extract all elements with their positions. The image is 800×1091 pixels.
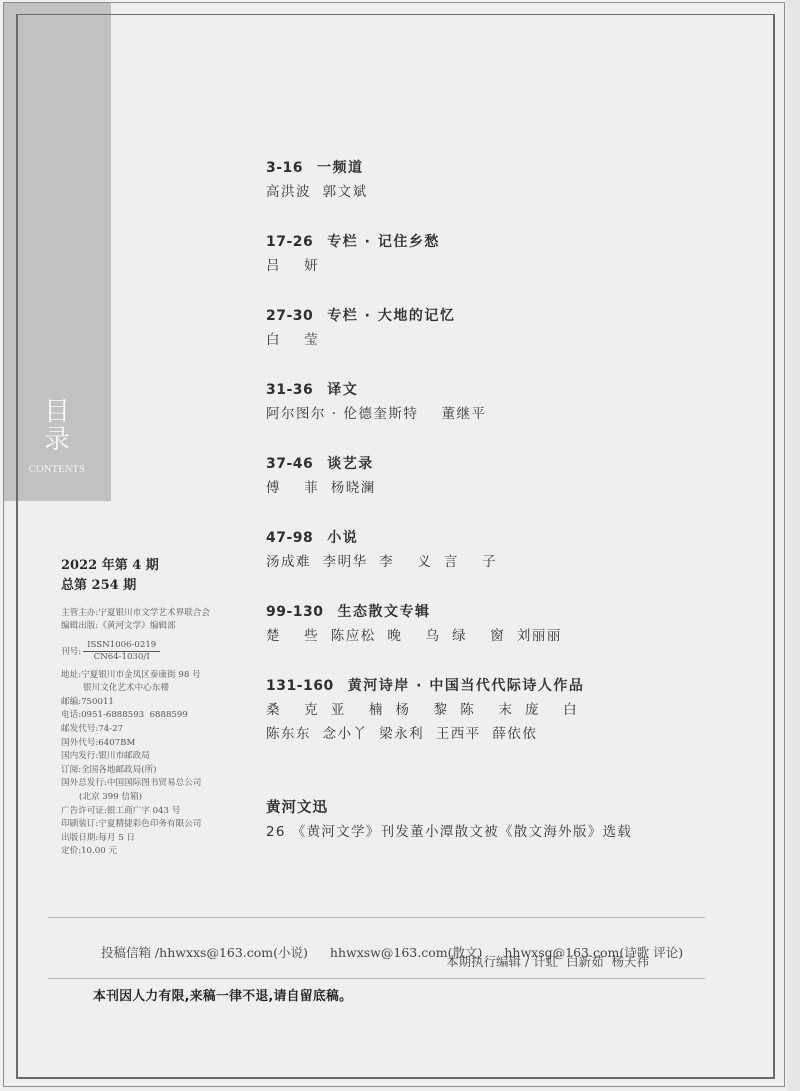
foreign-distribution: 国外总发行:中国国际图书贸易总公司 <box>61 777 231 791</box>
toc-pages: 131-160 <box>266 674 334 698</box>
postal-distribution-code: 邮发代号:74-27 <box>61 723 231 737</box>
toc-entry[interactable]: 31-36译文 阿尔图尔 · 伦德奎斯特 董继平 <box>266 378 716 452</box>
toc-pages: 17-26 <box>266 230 313 254</box>
toc-pages: 47-98 <box>266 526 313 550</box>
contents-title: 目 录 <box>3 398 111 454</box>
ad-license: 广告许可证:银工商广字 043 号 <box>61 805 231 819</box>
divider <box>48 978 705 979</box>
issue-number: 2022 年第 4 期 <box>61 556 231 576</box>
news-section: 黄河文迅 26《黄河文学》刊发董小潭散文被《散文海外版》选载 <box>266 796 716 844</box>
toc-authors: 白 莹 <box>266 328 716 352</box>
toc-authors: 高洪波 郭文斌 <box>266 180 716 204</box>
publication-info: 2022 年第 4 期 总第 254 期 主管主办:宁夏银川市文学艺术界联合会 … <box>61 556 231 859</box>
address-line-2: 银川文化艺术中心东楼 <box>61 682 231 696</box>
toc-entry[interactable]: 131-160黄河诗岸 · 中国当代代际诗人作品 桑 克 亚 楠 杨 黎 陈 末… <box>266 674 716 748</box>
toc-pages: 27-30 <box>266 304 313 328</box>
toc-pages: 37-46 <box>266 452 313 476</box>
postcode: 邮编:750011 <box>61 696 231 710</box>
toc-section: 谈艺录 <box>327 456 374 472</box>
publication-date: 出版日期:每月 5 日 <box>61 832 231 846</box>
contents-title-char-2: 录 <box>3 426 111 454</box>
issn-number: ISSN1006-0219 <box>83 640 160 652</box>
address: 地址:宁夏银川市金凤区泰康街 98 号 <box>61 669 231 683</box>
toc-entry[interactable]: 99-130生态散文专辑 楚 些 陈应松 晚 乌 绿 窗 刘丽丽 <box>266 600 716 674</box>
toc-authors: 桑 克 亚 楠 杨 黎 陈 末 庞 白 <box>266 698 716 722</box>
page-edge <box>787 0 800 1091</box>
toc-authors: 汤成难 李明华 李 义 言 子 <box>266 550 716 574</box>
foreign-code: 国外代号:6407BM <box>61 737 231 751</box>
news-page: 26 <box>266 824 286 840</box>
news-item[interactable]: 26《黄河文学》刊发董小潭散文被《散文海外版》选载 <box>266 820 716 844</box>
phone: 电话:0951-6888593 6888599 <box>61 709 231 723</box>
issn-block: 刊号: ISSN1006-0219 CN64-1030/I <box>61 640 231 663</box>
toc-section: 专栏 · 记住乡愁 <box>327 234 440 250</box>
contents-subtitle: CONTENTS <box>3 464 111 475</box>
domestic-distribution: 国内发行:银川市邮政局 <box>61 750 231 764</box>
news-text: 《黄河文学》刊发董小潭散文被《散文海外版》选载 <box>292 824 632 840</box>
divider <box>48 917 705 918</box>
toc-section: 译文 <box>327 382 358 398</box>
submission-notice: 本刊因人力有限,来稿一律不退,请自留底稿。 <box>93 985 352 1004</box>
toc-authors: 傅 菲 杨晓澜 <box>266 476 716 500</box>
sponsor: 主管主办:宁夏银川市文学艺术界联合会 <box>61 606 231 620</box>
news-title: 黄河文迅 <box>266 796 716 820</box>
toc-authors: 吕 妍 <box>266 254 716 278</box>
issue-editors: 本期执行编辑 / 计虹 白新茹 杨天祎 <box>446 952 649 970</box>
toc-entry[interactable]: 37-46谈艺录 傅 菲 杨晓澜 <box>266 452 716 526</box>
issn-label: 刊号: <box>61 645 81 657</box>
table-of-contents: 3-16一频道 高洪波 郭文斌 17-26专栏 · 记住乡愁 吕 妍 27-30… <box>266 156 716 748</box>
foreign-distribution-line-2: (北京 399 信箱) <box>61 791 231 805</box>
toc-pages: 3-16 <box>266 156 303 180</box>
toc-authors-line-2: 陈东东 念小丫 梁永利 王西平 薛依依 <box>266 722 716 746</box>
toc-pages: 99-130 <box>266 600 324 624</box>
contents-title-char-1: 目 <box>3 398 111 426</box>
publisher: 编辑出版:《黄河文学》编辑部 <box>61 620 231 634</box>
toc-entry[interactable]: 47-98小说 汤成难 李明华 李 义 言 子 <box>266 526 716 600</box>
email-fiction[interactable]: 投稿信箱 /hhwxxs@163.com(小说) <box>101 945 308 960</box>
toc-entry[interactable]: 27-30专栏 · 大地的记忆 白 莹 <box>266 304 716 378</box>
cn-number: CN64-1030/I <box>94 652 150 663</box>
price: 定价:10.00 元 <box>61 845 231 859</box>
toc-section: 生态散文专辑 <box>338 604 431 620</box>
total-issue-number: 总第 254 期 <box>61 576 231 596</box>
printer: 印刷装订:宁夏精捷彩色印务有限公司 <box>61 818 231 832</box>
toc-section: 一频道 <box>317 160 364 176</box>
toc-pages: 31-36 <box>266 378 313 402</box>
toc-authors: 楚 些 陈应松 晚 乌 绿 窗 刘丽丽 <box>266 624 716 648</box>
toc-section: 黄河诗岸 · 中国当代代际诗人作品 <box>348 678 585 694</box>
toc-entry[interactable]: 3-16一频道 高洪波 郭文斌 <box>266 156 716 230</box>
subscription: 订阅:全国各地邮政局(所) <box>61 764 231 778</box>
toc-authors: 阿尔图尔 · 伦德奎斯特 董继平 <box>266 402 716 426</box>
toc-section: 专栏 · 大地的记忆 <box>327 308 455 324</box>
toc-entry[interactable]: 17-26专栏 · 记住乡愁 吕 妍 <box>266 230 716 304</box>
toc-section: 小说 <box>327 530 358 546</box>
